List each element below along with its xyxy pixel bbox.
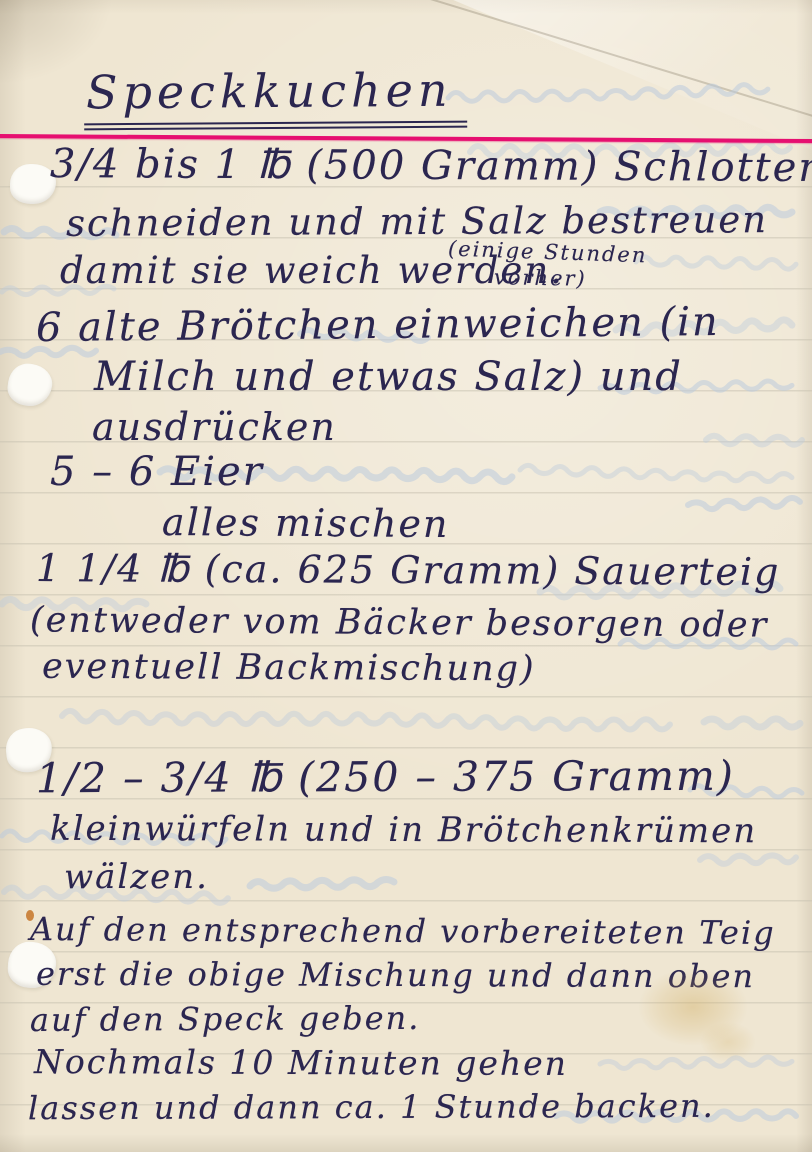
handwritten-line: 1/2 – 3/4 ℔ (250 – 375 Gramm) — [36, 756, 735, 799]
handwritten-line: 3/4 bis 1 ℔ (500 Gramm) Schlotten — [50, 144, 812, 188]
handwritten-line: Auf den entsprechend vorbereiteten Teig — [30, 913, 776, 949]
handwritten-line: vorher) — [494, 267, 587, 290]
handwritten-line: Milch und etwas Salz) und — [94, 357, 683, 397]
handwritten-line: 5 – 6 Eier — [50, 452, 264, 492]
handwritten-line: alles mischen — [162, 503, 450, 543]
handwritten-line: Nochmals 10 Minuten gehen — [34, 1045, 568, 1080]
handwritten-line: lassen und dann ca. 1 Stunde backen. — [28, 1090, 715, 1124]
folded-corner — [422, 0, 812, 150]
recipe-title: Speckkuchen — [84, 63, 467, 131]
handwritten-line: (entweder vom Bäcker besorgen oder — [30, 603, 769, 643]
handwritten-line: auf den Speck geben. — [30, 1002, 421, 1036]
handwritten-line: ausdrücken — [92, 408, 337, 446]
handwritten-line: wälzen. — [64, 860, 209, 894]
handwritten-line: kleinwürfeln und in Brötchenkrümen — [50, 812, 757, 848]
ink-speck — [26, 910, 34, 921]
recipe-page: Speckkuchen 3/4 bis 1 ℔ (500 Gramm) Schl… — [0, 0, 812, 1152]
handwritten-line: 1 1/4 ℔ (ca. 625 Gramm) Sauerteig — [36, 549, 781, 591]
corner-crease — [423, 0, 812, 118]
handwritten-line: eventuell Backmischung) — [42, 650, 536, 688]
handwritten-line: 6 alte Brötchen einweichen (in — [36, 302, 720, 348]
handwritten-line: erst die obige Mischung und dann oben — [36, 958, 755, 993]
handwritten-line: schneiden und mit Salz bestreuen — [66, 201, 768, 242]
